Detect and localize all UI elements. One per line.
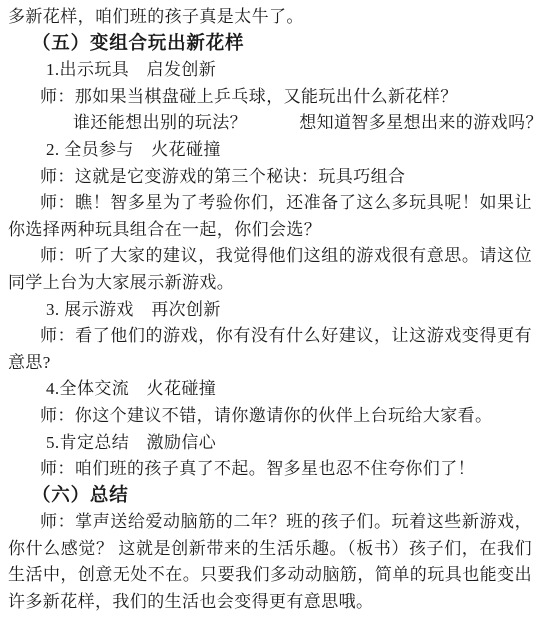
continuation-line: 你选择两种玩具组合在一起，你们会选？ (8, 217, 532, 244)
teacher-line: 师：看了他们的游戏，你有没有什么好建议，让这游戏变得更有 (40, 323, 532, 350)
continuation-line: 你什么感觉？ 这就是创新带来的生活乐趣。（板书）孩子们，在我们 (8, 536, 532, 563)
teacher-line: 师：咱们班的孩子真了不起。智多星也忍不住夸你们了！ (40, 456, 532, 483)
step-5-label: 5.肯定总结 激励信心 (46, 430, 532, 457)
step-3-label: 3. 展示游戏 再次创新 (46, 297, 532, 324)
section-heading-5: （五）变组合玩出新花样 (32, 31, 532, 58)
teacher-line: 师：那如果当棋盘碰上乒乓球，又能玩出什么新花样？ (40, 84, 532, 111)
step-1-label: 1.出示玩具 启发创新 (46, 57, 532, 84)
continuation-line: 许多新花样，我们的生活也会变得更有意思哦。 (8, 589, 532, 616)
step-2-label: 2. 全员参与 火花碰撞 (46, 137, 532, 164)
teacher-line: 师：听了大家的建议，我觉得他们这组的游戏很有意思。请这位 (40, 243, 532, 270)
prompt-line: 谁还能想出别的玩法？ 想知道智多星想出来的游戏吗？ (73, 110, 532, 137)
continuation-line: 同学上台为大家展示新游戏。 (8, 270, 532, 297)
section-heading-6: （六）总结 (32, 483, 532, 510)
teacher-line: 师：你这个建议不错，请你邀请你的伙伴上台玩给大家看。 (40, 403, 532, 430)
document-page: 多新花样，咱们班的孩子真是太牛了。 （五）变组合玩出新花样 1.出示玩具 启发创… (0, 0, 540, 620)
teacher-line: 师：这就是它变游戏的第三个秘诀：玩具巧组合 (40, 164, 532, 191)
continuation-line: 多新花样，咱们班的孩子真是太牛了。 (8, 4, 532, 31)
continuation-line: 生活中，创意无处不在。只要我们多动动脑筋，简单的玩具也能变出 (8, 562, 532, 589)
teacher-line: 师：掌声送给爱动脑筋的二年？班的孩子们。玩着这些新游戏， (40, 509, 532, 536)
step-4-label: 4.全体交流 火花碰撞 (46, 376, 532, 403)
teacher-line: 师：瞧！智多星为了考验你们，还准备了这么多玩具呢！如果让 (40, 190, 532, 217)
continuation-line: 意思? (8, 350, 532, 377)
